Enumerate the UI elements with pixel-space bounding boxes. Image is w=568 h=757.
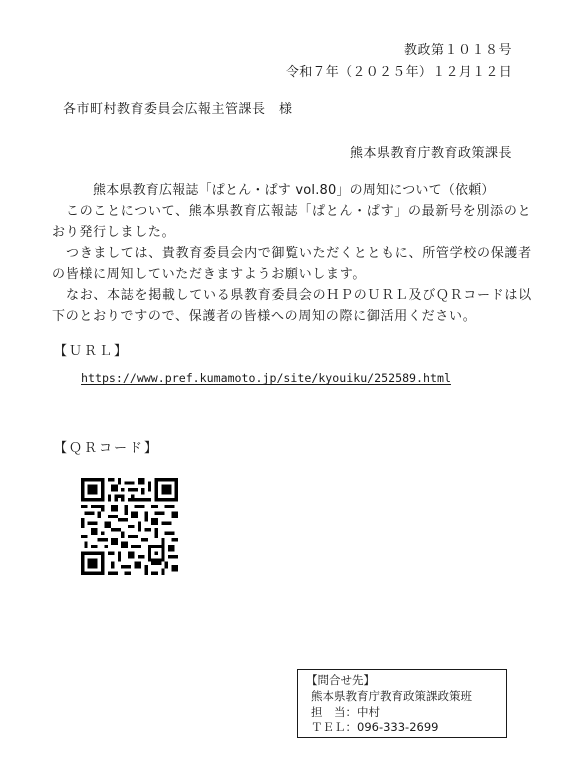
qr-section-heading: 【ＱＲコード】: [54, 440, 159, 457]
document-number: 教政第１０１８号: [404, 42, 512, 59]
contact-box: 【問合せ先】 熊本県教育庁教育政策課政策班 担 当：中村 ＴＥＬ：096-333…: [297, 669, 507, 738]
body-line: の皆様に周知していただきますようお願いします。: [52, 266, 366, 283]
body-line: このことについて、熊本県教育広報誌「ぱとん・ぱす」の最新号を別添のと: [52, 203, 531, 220]
sender: 熊本県教育庁教育政策課長: [350, 145, 512, 162]
document-date: 令和７年（２０２５年）１２月１２日: [286, 64, 512, 81]
recipient: 各市町村教育委員会広報主管課長 様: [63, 101, 293, 118]
qr-code-icon: [81, 478, 178, 575]
contact-title: 【問合せ先】: [306, 673, 375, 688]
contact-tel: ＴＥＬ：096-333-2699: [311, 720, 438, 735]
url-section-heading: 【ＵＲＬ】: [54, 343, 129, 360]
contact-organization: 熊本県教育庁教育政策課政策班: [311, 689, 472, 704]
body-line: なお、本誌を掲載している県教育委員会のＨＰのＵＲＬ及びＱＲコードは以: [52, 287, 532, 304]
url-link[interactable]: https://www.pref.kumamoto.jp/site/kyouik…: [81, 370, 451, 387]
body-line: おり発行しました。: [52, 224, 175, 241]
body-line: つきましては、貴教育委員会内で御覧いただくとともに、所管学校の保護者: [52, 245, 532, 262]
document-subject: 熊本県教育広報誌「ぱとん・ぱす vol.80」の周知について（依頼）: [93, 182, 495, 199]
body-line: 下のとおりですので、保護者の皆様への周知の際に御活用ください。: [52, 308, 476, 325]
contact-person: 担 当：中村: [311, 705, 380, 720]
